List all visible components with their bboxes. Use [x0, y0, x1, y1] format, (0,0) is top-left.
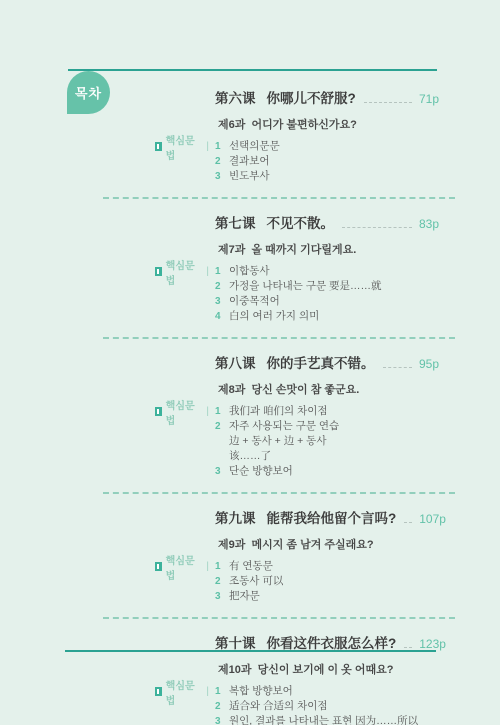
grammar-item: 1有 연동문: [215, 559, 500, 574]
section-separator: [103, 337, 455, 339]
grammar-item: 2조동사 可以: [215, 574, 500, 589]
grammar-item-number: 2: [215, 419, 229, 434]
grammar-bullet-icon: [155, 267, 162, 276]
grammar-item-text: 白의 여러 가지 의미: [229, 309, 500, 324]
grammar-label-text: 핵심문법: [166, 132, 203, 162]
grammar-label-divider: |: [206, 686, 209, 697]
dotted-leader: [404, 522, 412, 523]
grammar-label-divider: |: [206, 266, 209, 277]
grammar-label-text: 핵심문법: [166, 552, 203, 582]
grammar-block: 핵심문법 | 1이합동사2가정을 나타내는 구문 要是……就3이중목적어4白의 …: [155, 264, 500, 324]
page-number: 71p: [419, 92, 439, 106]
grammar-item-text: 이합동사: [229, 264, 500, 279]
grammar-item-number: 1: [215, 264, 229, 279]
toc-section-lesson-9: 第九课 能帮我给他留个言吗? 107p 제9과 메시지 좀 남겨 주실래요? 핵…: [0, 507, 500, 604]
grammar-item: 2适合와 合适의 차이점: [215, 699, 500, 714]
toc-page: 목차 第六课 你哪儿不舒服? 71p 제6과 어디가 불편하신가요? 핵심문법 …: [0, 0, 500, 725]
grammar-label: 핵심문법 |: [155, 684, 215, 699]
page-number: 95p: [419, 357, 439, 371]
lesson-title-zh: 能帮我给他留个言吗?: [267, 507, 397, 527]
grammar-item-number: 1: [215, 684, 229, 699]
lesson-title-zh: 不见不散。: [267, 212, 335, 232]
toc-badge: 목차: [67, 71, 110, 114]
grammar-item-text: 조동사 可以: [229, 574, 500, 589]
grammar-item-number: 2: [215, 279, 229, 294]
section-separator: [103, 617, 455, 619]
lesson-title-row: 第七课 不见不散。 83p: [215, 212, 439, 232]
grammar-item-text: 가정을 나타내는 구문 要是……就: [229, 279, 500, 294]
grammar-item: 边 + 동사 + 边 + 동사: [215, 434, 500, 449]
lesson-subtitle-ko: 제9과 메시지 좀 남겨 주실래요?: [218, 536, 500, 552]
lesson-title-row: 第六课 你哪儿不舒服? 71p: [215, 87, 439, 107]
toc-badge-label: 목차: [75, 83, 102, 102]
grammar-label-text: 핵심문법: [166, 397, 203, 427]
grammar-item-list: 1이합동사2가정을 나타내는 구문 要是……就3이중목적어4白의 여러 가지 의…: [215, 264, 500, 324]
grammar-item-number: 2: [215, 154, 229, 169]
grammar-item-text: 자주 사용되는 구문 연습: [229, 419, 500, 434]
grammar-item-list: 1我们과 咱们의 차이점2자주 사용되는 구문 연습边 + 동사 + 边 + 동…: [215, 404, 500, 479]
lesson-subtitle-ko: 제6과 어디가 불편하신가요?: [218, 116, 500, 132]
lesson-title-row: 第八课 你的手艺真不错。 95p: [215, 352, 439, 372]
grammar-block: 핵심문법 | 1복합 방향보어2适合와 合适의 차이점3원인, 결과를 나타내는…: [155, 684, 500, 725]
grammar-item-text: 복합 방향보어: [229, 684, 500, 699]
grammar-item-text: 선택의문문: [229, 139, 500, 154]
grammar-block: 핵심문법 | 1有 연동문2조동사 可以3把자문: [155, 559, 500, 604]
dotted-leader: [364, 102, 412, 103]
dotted-leader: [404, 647, 412, 648]
grammar-item: 3把자문: [215, 589, 500, 604]
lesson-subtitle-ko: 제10과 당신이 보기에 이 옷 어때요?: [218, 661, 500, 677]
grammar-item-number: 2: [215, 699, 229, 714]
grammar-item-text: 适合와 合适의 차이점: [229, 699, 500, 714]
grammar-item: 1이합동사: [215, 264, 500, 279]
grammar-item-text: 이중목적어: [229, 294, 500, 309]
grammar-item: 1我们과 咱们의 차이점: [215, 404, 500, 419]
section-separator: [103, 492, 455, 494]
grammar-label: 핵심문법 |: [155, 264, 215, 279]
grammar-item-number: [215, 449, 229, 464]
grammar-item-text: 단순 방향보어: [229, 464, 500, 479]
toc-section-lesson-7: 第七课 不见不散。 83p 제7과 올 때까지 기다릴게요. 핵심문법 | 1이…: [0, 212, 500, 324]
grammar-item-number: 1: [215, 139, 229, 154]
grammar-item: 1선택의문문: [215, 139, 500, 154]
grammar-item: 3원인, 결과를 나타내는 표현 因为……所以: [215, 714, 500, 725]
grammar-item-text: 边 + 동사 + 边 + 동사: [229, 434, 500, 449]
grammar-item-text: 결과보어: [229, 154, 500, 169]
dotted-leader: [383, 367, 412, 368]
dotted-leader: [342, 227, 412, 228]
grammar-item: 该……了: [215, 449, 500, 464]
grammar-item: 3이중목적어: [215, 294, 500, 309]
grammar-item-number: 3: [215, 589, 229, 604]
grammar-label-divider: |: [206, 561, 209, 572]
grammar-item-text: 빈도부사: [229, 169, 500, 184]
lesson-number-zh: 第十课: [215, 632, 256, 652]
lesson-title-row: 第九课 能帮我给他留个言吗? 107p: [215, 507, 439, 527]
grammar-item-list: 1복합 방향보어2适合와 合适의 차이점3원인, 결과를 나타내는 표현 因为……: [215, 684, 500, 725]
grammar-bullet-icon: [155, 687, 162, 696]
grammar-item-text: 我们과 咱们의 차이점: [229, 404, 500, 419]
lesson-subtitle-ko: 제8과 당신 손맛이 참 좋군요.: [218, 381, 500, 397]
grammar-label: 핵심문법 |: [155, 404, 215, 419]
lesson-title-zh: 你看这件衣服怎么样?: [267, 632, 397, 652]
grammar-item: 2가정을 나타내는 구문 要是……就: [215, 279, 500, 294]
toc-section-lesson-10: 第十课 你看这件衣服怎么样? 123p 제10과 당신이 보기에 이 옷 어때요…: [0, 632, 500, 725]
grammar-item-number: 1: [215, 404, 229, 419]
lesson-title-zh: 你哪儿不舒服?: [267, 87, 356, 107]
lesson-number-zh: 第九课: [215, 507, 256, 527]
grammar-item: 1복합 방향보어: [215, 684, 500, 699]
grammar-bullet-icon: [155, 562, 162, 571]
grammar-item-number: 3: [215, 294, 229, 309]
grammar-item-number: 4: [215, 309, 229, 324]
section-separator: [103, 197, 455, 199]
grammar-item: 2자주 사용되는 구문 연습: [215, 419, 500, 434]
grammar-item-text: 把자문: [229, 589, 500, 604]
grammar-item: 4白의 여러 가지 의미: [215, 309, 500, 324]
lesson-number-zh: 第八课: [215, 352, 256, 372]
grammar-item-text: 원인, 결과를 나타내는 표현 因为……所以: [229, 714, 500, 725]
lesson-number-zh: 第七课: [215, 212, 256, 232]
page-number: 83p: [419, 217, 439, 231]
grammar-item-number: 1: [215, 559, 229, 574]
grammar-item-number: [215, 434, 229, 449]
grammar-item: 3빈도부사: [215, 169, 500, 184]
grammar-label: 핵심문법 |: [155, 559, 215, 574]
grammar-item-text: 该……了: [229, 449, 500, 464]
bottom-rule-line: [65, 650, 436, 652]
grammar-item: 2결과보어: [215, 154, 500, 169]
grammar-label-text: 핵심문법: [166, 257, 203, 287]
grammar-block: 핵심문법 | 1선택의문문2결과보어3빈도부사: [155, 139, 500, 184]
grammar-item: 3단순 방향보어: [215, 464, 500, 479]
grammar-item-text: 有 연동문: [229, 559, 500, 574]
grammar-bullet-icon: [155, 142, 162, 151]
grammar-item-list: 1선택의문문2결과보어3빈도부사: [215, 139, 500, 184]
grammar-item-number: 3: [215, 169, 229, 184]
grammar-label-text: 핵심문법: [166, 677, 203, 707]
lesson-subtitle-ko: 제7과 올 때까지 기다릴게요.: [218, 241, 500, 257]
grammar-item-number: 3: [215, 464, 229, 479]
toc-content: 第六课 你哪儿不舒服? 71p 제6과 어디가 불편하신가요? 핵심문법 | 1…: [0, 70, 500, 725]
lesson-title-zh: 你的手艺真不错。: [267, 352, 375, 372]
grammar-label-divider: |: [206, 141, 209, 152]
grammar-item-list: 1有 연동문2조동사 可以3把자문: [215, 559, 500, 604]
grammar-label: 핵심문법 |: [155, 139, 215, 154]
lesson-title-row: 第十课 你看这件衣服怎么样? 123p: [215, 632, 439, 652]
lesson-number-zh: 第六课: [215, 87, 256, 107]
page-number: 123p: [419, 637, 446, 651]
grammar-bullet-icon: [155, 407, 162, 416]
grammar-label-divider: |: [206, 406, 209, 417]
grammar-item-number: 2: [215, 574, 229, 589]
toc-section-lesson-8: 第八课 你的手艺真不错。 95p 제8과 당신 손맛이 참 좋군요. 핵심문법 …: [0, 352, 500, 479]
grammar-block: 핵심문법 | 1我们과 咱们의 차이점2자주 사용되는 구문 연습边 + 동사 …: [155, 404, 500, 479]
grammar-item-number: 3: [215, 714, 229, 725]
page-number: 107p: [419, 512, 446, 526]
